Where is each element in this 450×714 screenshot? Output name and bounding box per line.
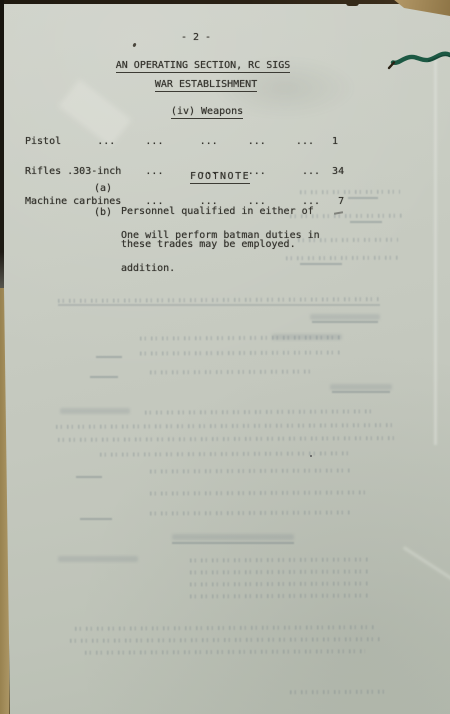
bleedthrough-underline xyxy=(348,197,378,199)
bleedthrough-underline xyxy=(58,304,380,306)
bleedthrough-underline xyxy=(312,321,378,323)
footnote-text-b: One will perform batman duties in additi… xyxy=(121,208,320,296)
green-thread xyxy=(386,47,450,73)
footnote-b-line1: One will perform batman duties in xyxy=(121,230,320,241)
bleedthrough-text xyxy=(58,556,138,562)
bleedthrough-underline xyxy=(332,391,390,393)
footnote-marker-a: (a) xyxy=(94,184,112,194)
bleedthrough-underline xyxy=(172,542,294,544)
bleedthrough-underline xyxy=(90,376,118,378)
footnote-b-line2: addition. xyxy=(121,263,320,274)
bleedthrough-heading xyxy=(330,384,392,390)
bleedthrough-underline xyxy=(80,518,112,520)
bleedthrough-heading xyxy=(310,314,380,320)
bleedthrough-underline xyxy=(76,476,102,478)
bleedthrough-underline xyxy=(96,356,122,358)
bleedthrough-row xyxy=(150,370,310,375)
ink-speck xyxy=(310,455,312,457)
doc-subtitle: WAR ESTABLISHMENT xyxy=(155,80,257,92)
photo-edge-notch xyxy=(346,0,359,6)
bleedthrough-text xyxy=(272,334,342,340)
bleedthrough-text xyxy=(60,408,130,414)
page-number: - 2 - xyxy=(46,33,346,43)
weapons-row-pistol: Pistol ... ... ... ... ... 1 xyxy=(25,137,344,147)
footnote-marker-b: (b) xyxy=(94,208,112,218)
bleedthrough-heading xyxy=(172,534,294,540)
footnote-heading: FOOTNOTE xyxy=(190,172,250,184)
document-photo: - 2 - AN OPERATING SECTION, RC SIGS WAR … xyxy=(0,0,450,714)
bleedthrough-row xyxy=(290,690,385,694)
photo-edge-top xyxy=(0,0,450,4)
bleedthrough-underline xyxy=(350,221,382,223)
paper-crease xyxy=(434,55,437,445)
